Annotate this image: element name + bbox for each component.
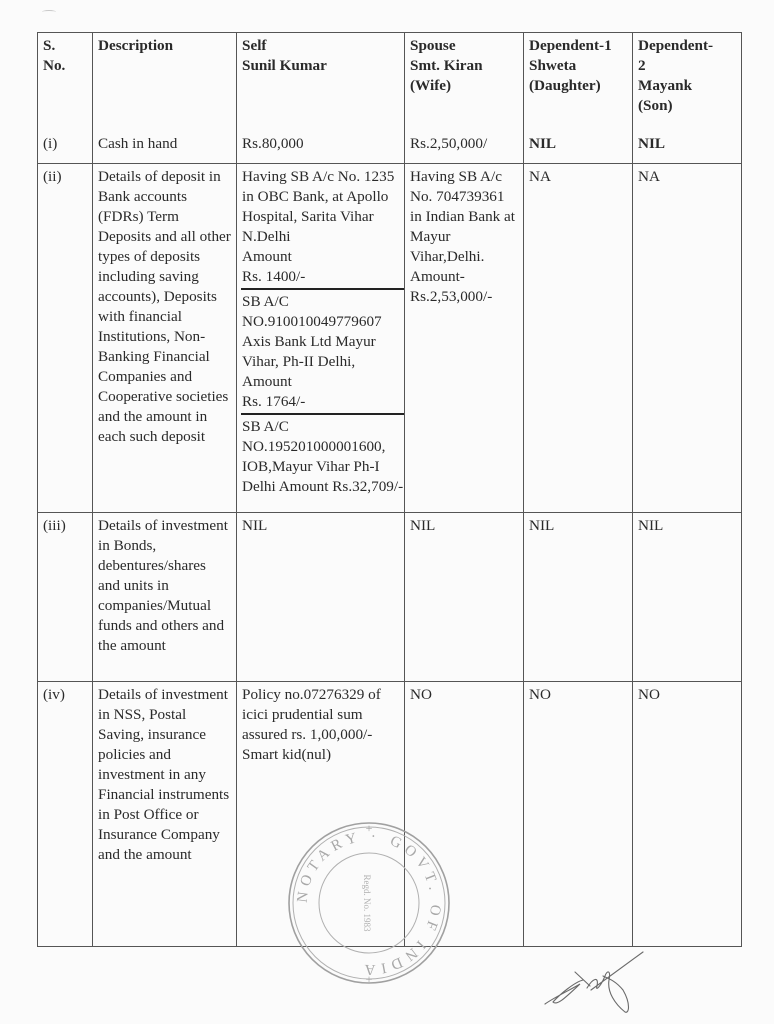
header-spouse-line2: Smt. Kiran bbox=[410, 56, 518, 76]
header-dependent1-line2: Shweta bbox=[529, 56, 627, 76]
row-ii-dependent2: NA bbox=[633, 164, 742, 513]
row-i-description: Cash in hand bbox=[98, 134, 177, 154]
row-ii-dependent1: NA bbox=[524, 164, 633, 513]
header-self-line1: Self bbox=[242, 36, 399, 56]
header-sno-line1: S. bbox=[43, 36, 87, 56]
header-dependent2-line1: Dependent- bbox=[638, 36, 736, 56]
row-ii-self: Having SB A/c No. 1235 in OBC Bank, at A… bbox=[237, 164, 405, 513]
row-i-dependent2: NIL bbox=[638, 134, 665, 154]
header-description: Description bbox=[98, 36, 231, 56]
row-iv-dependent2: NO bbox=[633, 682, 742, 947]
cell-sno: S. No. (i) bbox=[38, 33, 93, 164]
row-iv-self: Policy no.07276329 of icici prudential s… bbox=[237, 682, 405, 947]
self-deposit-entry-obc: Having SB A/c No. 1235 in OBC Bank, at A… bbox=[242, 167, 399, 288]
header-spouse-line3: (Wife) bbox=[410, 76, 518, 96]
header-sno-line2: No. bbox=[43, 56, 87, 76]
cell-dependent2: Dependent- 2 Mayank (Son) NIL bbox=[633, 33, 742, 164]
row-i-sno: (i) bbox=[43, 134, 57, 154]
scan-mark bbox=[42, 10, 56, 14]
row-ii-spouse: Having SB A/c No. 704739361 in Indian Ba… bbox=[405, 164, 524, 513]
cell-spouse: Spouse Smt. Kiran (Wife) Rs.2,50,000/ bbox=[405, 33, 524, 164]
svg-text:+: + bbox=[366, 972, 373, 986]
self-deposit-entry-iob: SB A/C NO.195201000001600, IOB,Mayur Vih… bbox=[241, 413, 405, 498]
row-iii-self: NIL bbox=[237, 513, 405, 682]
assets-declaration-table: S. No. (i) Description Cash in hand Self… bbox=[37, 32, 742, 947]
row-iii-dependent1: NIL bbox=[524, 513, 633, 682]
row-iv-dependent1: NO bbox=[524, 682, 633, 947]
row-iii-dependent2: NIL bbox=[633, 513, 742, 682]
self-deposit-obc-text: Having SB A/c No. 1235 in OBC Bank, at A… bbox=[242, 167, 399, 287]
signature-icon bbox=[535, 942, 655, 1017]
row-ii-description: Details of deposit in Bank accounts (FDR… bbox=[93, 164, 237, 513]
row-iii-description: Details of investment in Bonds, debentur… bbox=[93, 513, 237, 682]
header-row-cash-in-hand: S. No. (i) Description Cash in hand Self… bbox=[38, 33, 742, 164]
row-ii-sno: (ii) bbox=[38, 164, 93, 513]
header-dependent2-line4: (Son) bbox=[638, 96, 736, 116]
row-iv-spouse: NO bbox=[405, 682, 524, 947]
cell-dependent1: Dependent-1 Shweta (Daughter) NIL bbox=[524, 33, 633, 164]
table-row-nss-insurance: (iv) Details of investment in NSS, Posta… bbox=[38, 682, 742, 947]
table-row-bonds-shares: (iii) Details of investment in Bonds, de… bbox=[38, 513, 742, 682]
self-deposit-axis-text: SB A/C NO.910010049779607 Axis Bank Ltd … bbox=[242, 292, 405, 412]
row-iii-sno: (iii) bbox=[38, 513, 93, 682]
header-dependent2-line3: Mayank bbox=[638, 76, 736, 96]
cell-description: Description Cash in hand bbox=[93, 33, 237, 164]
header-self-line2: Sunil Kumar bbox=[242, 56, 399, 76]
row-iv-self-text: Policy no.07276329 of icici prudential s… bbox=[242, 685, 399, 765]
header-dependent2-line2: 2 bbox=[638, 56, 736, 76]
row-i-self: Rs.80,000 bbox=[242, 134, 304, 154]
row-iv-description: Details of investment in NSS, Postal Sav… bbox=[93, 682, 237, 947]
table-row-bank-deposits: (ii) Details of deposit in Bank accounts… bbox=[38, 164, 742, 513]
cell-self: Self Sunil Kumar Rs.80,000 bbox=[237, 33, 405, 164]
row-i-dependent1: NIL bbox=[529, 134, 556, 154]
self-deposit-iob-text: SB A/C NO.195201000001600, IOB,Mayur Vih… bbox=[242, 417, 405, 497]
header-spouse-line1: Spouse bbox=[410, 36, 518, 56]
row-i-spouse: Rs.2,50,000/ bbox=[410, 134, 487, 154]
header-dependent1-line3: (Daughter) bbox=[529, 76, 627, 96]
row-iii-spouse: NIL bbox=[405, 513, 524, 682]
row-iv-sno: (iv) bbox=[38, 682, 93, 947]
header-dependent1-line1: Dependent-1 bbox=[529, 36, 627, 56]
self-deposit-entry-axis: SB A/C NO.910010049779607 Axis Bank Ltd … bbox=[241, 288, 405, 413]
